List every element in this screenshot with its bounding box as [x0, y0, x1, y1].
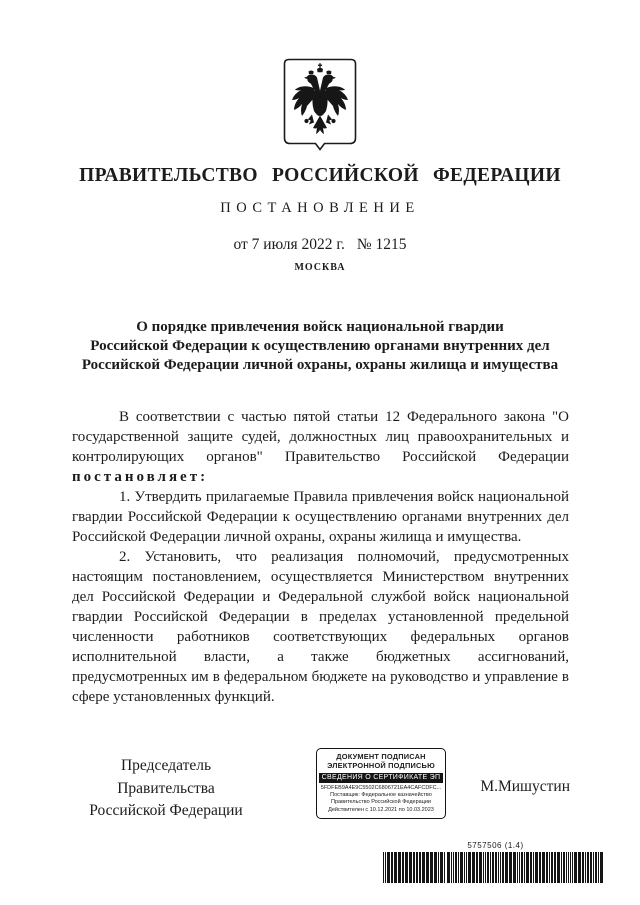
doc-number: № 1215 [357, 236, 407, 253]
document-page: ПРАВИТЕЛЬСТВО РОССИЙСКОЙ ФЕДЕРАЦИИ ПОСТА… [0, 0, 640, 905]
paragraph-item-1: 1. Утвердить прилагаемые Правила привлеч… [72, 487, 569, 547]
stamp-validity: Действителен с 10.12.2021 по 10.03.2023 [319, 807, 443, 814]
document-body: В соответствии с частью пятой статьи 12 … [72, 407, 569, 707]
stamp-certificate-header: СВЕДЕНИЯ О СЕРТИФИКАТЕ ЭП [319, 773, 443, 783]
stamp-org: Правительство Российской Федерации [319, 799, 443, 806]
city-label: МОСКВА [0, 262, 640, 273]
coat-of-arms-icon [283, 58, 357, 156]
stamp-line-2: ЭЛЕКТРОННОЙ ПОДПИСЬЮ [319, 761, 443, 770]
barcode [383, 852, 608, 883]
signature-position: Председатель Правительства Российской Фе… [76, 755, 256, 823]
signature-position-line: Председатель Правительства [76, 755, 256, 800]
doc-title-line: О порядке привлечения войск национальной… [50, 318, 590, 337]
signature-position-line: Российской Федерации [76, 800, 256, 823]
doc-title-line: Российской Федерации личной охраны, охра… [50, 356, 590, 375]
paragraph-intro: В соответствии с частью пятой статьи 12 … [72, 407, 569, 467]
doc-date: от 7 июля 2022 г. [233, 236, 344, 253]
date-line: от 7 июля 2022 г.№ 1215 [0, 236, 640, 254]
esign-stamp: ДОКУМЕНТ ПОДПИСАН ЭЛЕКТРОННОЙ ПОДПИСЬЮ С… [316, 748, 446, 819]
barcode-number: 5757506 (1.4) [383, 841, 608, 850]
stamp-line-1: ДОКУМЕНТ ПОДПИСАН [319, 752, 443, 761]
paragraph-resolves: постановляет: [72, 467, 569, 487]
doc-type-heading: ПОСТАНОВЛЕНИЕ [0, 200, 640, 217]
doc-title: О порядке привлечения войск национальной… [50, 318, 590, 374]
doc-title-line: Российской Федерации к осуществлению орг… [50, 337, 590, 356]
org-name: ПРАВИТЕЛЬСТВО РОССИЙСКОЙ ФЕДЕРАЦИИ [0, 165, 640, 187]
signature-name: М.Мишустин [480, 778, 570, 796]
stamp-certificate-id: 5FDFEB9A4E9C5502C6806721EA4CAFCDFC... [319, 785, 443, 792]
paragraph-item-2: 2. Установить, что реализация полномочий… [72, 547, 569, 707]
